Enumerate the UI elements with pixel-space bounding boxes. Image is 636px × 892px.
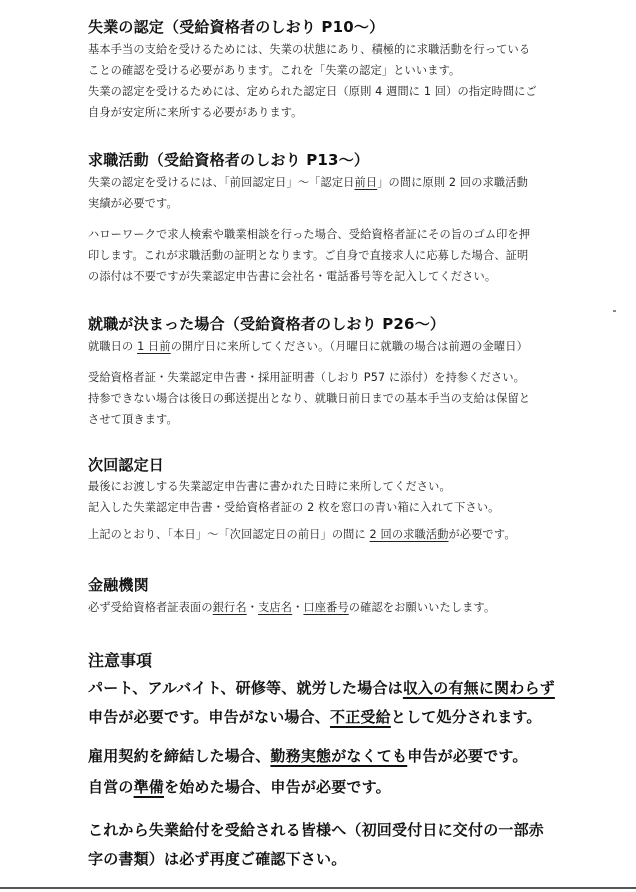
section-heading: 次回認定日 (88, 455, 558, 475)
section-notice: 注意事項 パート、アルバイト、研修等、就労した場合は収入の有無に関わらず 申告が… (88, 650, 558, 874)
section-heading: 金融機関 (88, 575, 558, 595)
underlined-text: 1 日前 (137, 340, 171, 353)
paragraph-line: 失業の認定を受けるためには、定められた認定日（原則 4 週間に 1 回）の指定時… (88, 81, 558, 102)
paragraph-line: 就職日の 1 日前の開庁日に来所してください。（月曜日に就職の場合は前週の金曜日… (88, 336, 558, 357)
text: 申告が必要です。 (407, 747, 527, 765)
underlined-account-number: 口座番号 (303, 601, 348, 614)
section-financial-institution: 金融機関 必ず受給資格者証表面の銀行名・支店名・口座番号の確認をお願いいたします… (88, 575, 558, 618)
page-bottom-edge (0, 887, 636, 889)
text: 上記のとおり、「本日」～「次回認定日の前日」の間に (88, 528, 370, 541)
notice-line: 自営の準備を始めた場合、申告が必要です。 (88, 773, 558, 802)
paragraph-line: 失業の認定を受けるには、「前回認定日」～「認定日前日」の間に原則 2 回の求職活… (88, 172, 558, 193)
text: 雇用契約を締結した場合、 (88, 747, 270, 765)
paragraph-line: ことの確認を受ける必要があります。これを「失業の認定」といいます。 (88, 60, 558, 81)
section-employment-decided: 就職が決まった場合（受給資格者のしおり P26～） 就職日の 1 日前の開庁日に… (88, 314, 558, 430)
section-unemployment-certification: 失業の認定（受給資格者のしおり P10～） 基本手当の支給を受けるためには、失業… (88, 17, 558, 123)
notice-line: パート、アルバイト、研修等、就労した場合は収入の有無に関わらず (88, 674, 558, 703)
text: パート、アルバイト、研修等、就労した場合は (88, 679, 403, 697)
notice-line: 雇用契約を締結した場合、勤務実態がなくても申告が必要です。 (88, 742, 558, 771)
text: ・ (247, 601, 258, 614)
paragraph-line: 基本手当の支給を受けるためには、失業の状態にあり、積極的に求職活動を行っている (88, 39, 558, 60)
notice-line: これから失業給付を受給される皆様へ（初回受付日に交付の一部赤 (88, 816, 558, 845)
notice-heading: 注意事項 (88, 650, 558, 672)
section-job-search-activity: 求職活動（受給資格者のしおり P13～） 失業の認定を受けるには、「前回認定日」… (88, 150, 558, 287)
underlined-text: 勤務実態がなくても (270, 747, 407, 765)
underlined-bank-name: 銀行名 (213, 601, 247, 614)
paragraph-line: の添付は不要ですが失業認定申告書に会社名・電話番号等を記入してください。 (88, 266, 558, 287)
paragraph-line: 記入した失業認定申告書・受給資格者証の 2 枚を窓口の青い箱に入れて下さい。 (88, 497, 558, 518)
text: の確認をお願いいたします。 (349, 601, 496, 614)
section-next-certification-date: 次回認定日 最後にお渡しする失業認定申告書に書かれた日時に来所してください。 記… (88, 455, 558, 545)
paragraph-line: ハローワークで求人検索や職業相談を行った場合、受給資格者証にその旨のゴム印を押 (88, 224, 558, 245)
paragraph-line: 受給資格者証・失業認定申告書・採用証明書（しおり P57 に添付）を持参ください… (88, 367, 558, 388)
text: 申告が必要です。申告がない場合、 (88, 708, 330, 726)
text: の開庁日に来所してください。（月曜日に就職の場合は前週の金曜日） (171, 340, 528, 353)
underlined-text: 収入の有無に関わらず (403, 679, 555, 697)
text: 就職日の (88, 340, 137, 353)
paragraph-line: 印します。これが求職活動の証明となります。ご自身で直接求人に応募した場合、証明 (88, 245, 558, 266)
section-heading: 就職が決まった場合（受給資格者のしおり P26～） (88, 314, 558, 334)
paragraph-line: させて頂きます。 (88, 409, 558, 430)
notice-line: 申告が必要です。申告がない場合、不正受給として処分されます。 (88, 703, 558, 732)
text: 必ず受給資格者証表面の (88, 601, 213, 614)
section-heading: 求職活動（受給資格者のしおり P13～） (88, 150, 558, 170)
underlined-text: 不正受給 (330, 708, 391, 726)
scan-speck (613, 310, 616, 312)
paragraph-line: 実績が必要です。 (88, 193, 558, 214)
paragraph-line: 必ず受給資格者証表面の銀行名・支店名・口座番号の確認をお願いいたします。 (88, 597, 558, 618)
section-heading: 失業の認定（受給資格者のしおり P10～） (88, 17, 558, 37)
paragraph-line: 上記のとおり、「本日」～「次回認定日の前日」の間に 2 回の求職活動が必要です。 (88, 524, 558, 545)
document-page: 失業の認定（受給資格者のしおり P10～） 基本手当の支給を受けるためには、失業… (0, 0, 636, 892)
text: 」の間に原則 2 回の求職活動 (377, 176, 528, 189)
text: として処分されます。 (391, 708, 542, 726)
text: を始めた場合、申告が必要です。 (164, 778, 391, 796)
notice-line: 字の書類）は必ず再度ご確認下さい。 (88, 845, 558, 874)
underlined-text: 準備 (134, 778, 164, 796)
text: 自営の (88, 778, 134, 796)
underlined-branch-name: 支店名 (258, 601, 292, 614)
text: 失業の認定を受けるには、「前回認定日」～「認定日 (88, 176, 355, 189)
underlined-text: 2 回の求職活動 (370, 528, 449, 541)
paragraph-line: 持参できない場合は後日の郵送提出となり、就職日前日までの基本手当の支給は保留と (88, 388, 558, 409)
paragraph-line: 自身が安定所に来所する必要があります。 (88, 102, 558, 123)
text: が必要です。 (449, 528, 516, 541)
text: ・ (292, 601, 303, 614)
paragraph-line: 最後にお渡しする失業認定申告書に書かれた日時に来所してください。 (88, 476, 558, 497)
underlined-text: 前日 (355, 176, 378, 189)
